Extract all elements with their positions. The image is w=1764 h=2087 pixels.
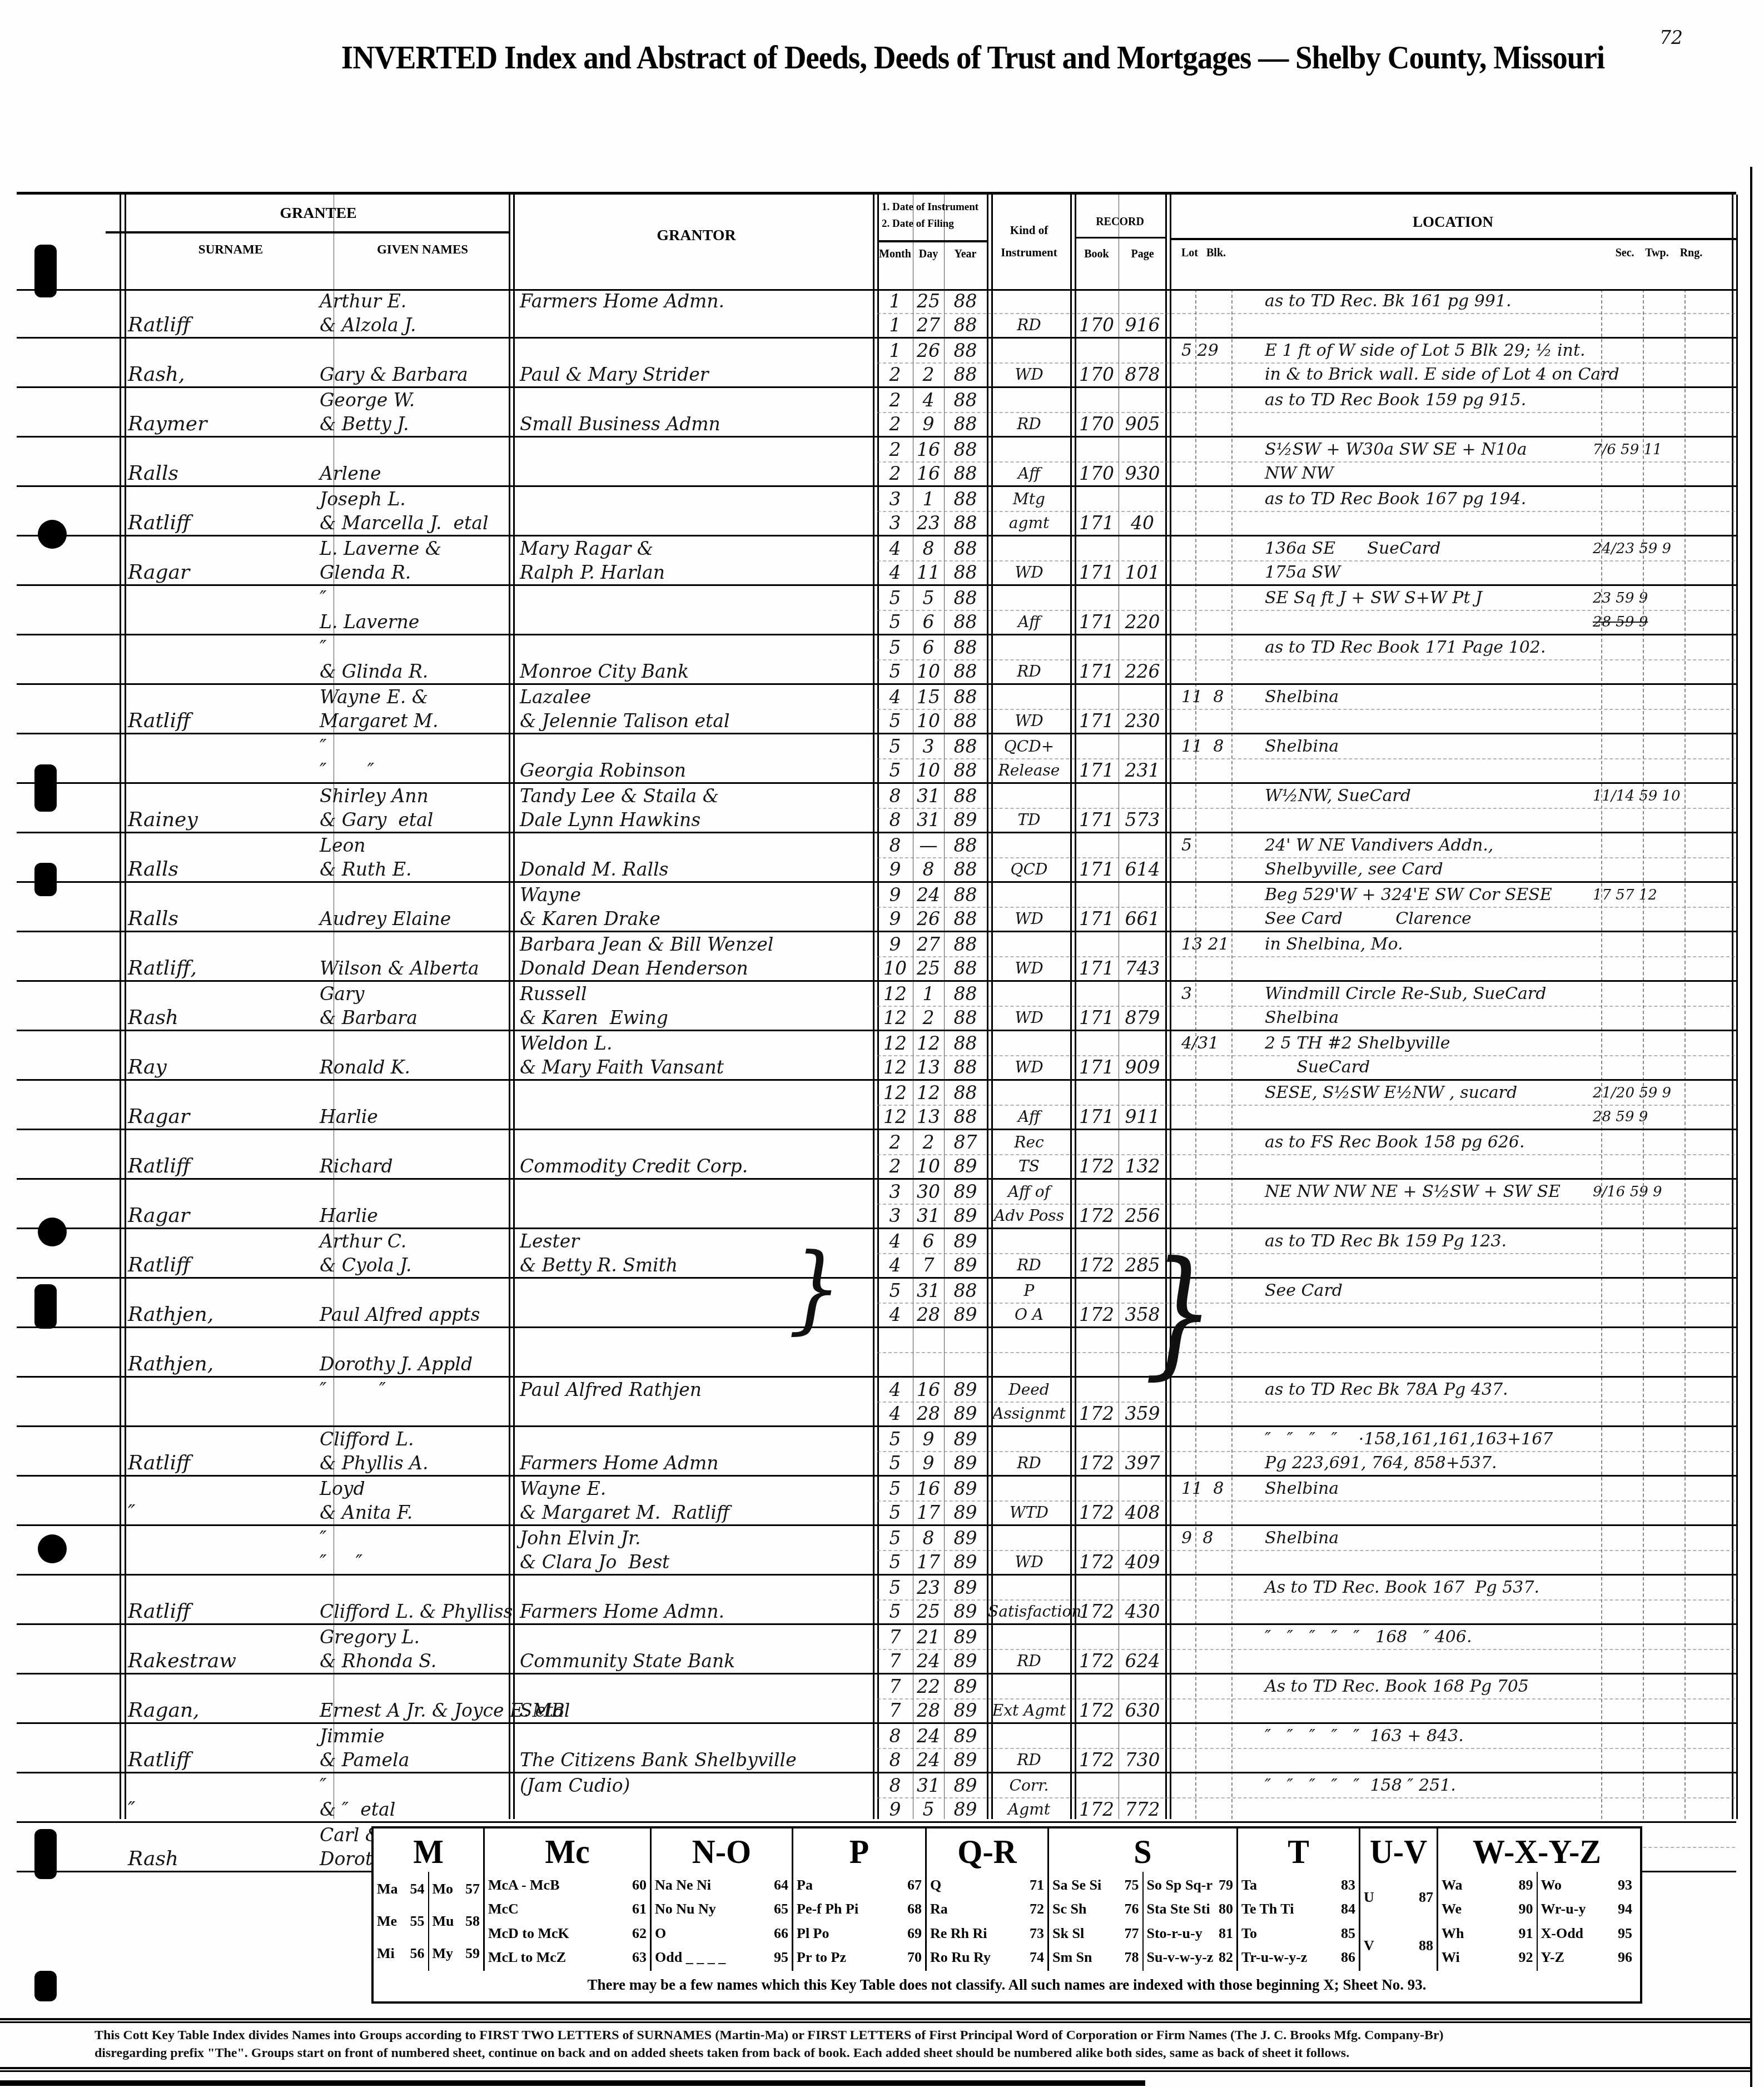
kind-of-instrument: P [988, 1279, 1070, 1303]
record-page: 226 [1120, 659, 1165, 684]
key-table-entry: McA - McB60 [488, 1877, 647, 1894]
record-page: 101 [1120, 560, 1165, 585]
location-description: SE Sq ft J + SW S+W Pt J [1181, 586, 1482, 610]
sec-twp-rng: 11/14 59 10 [1593, 784, 1732, 808]
key-table-group: U-VU87V88 [1360, 1828, 1438, 1971]
divider-rule [0, 2067, 1751, 2072]
key-table-entry: McL to McZ63 [488, 1949, 647, 1966]
filing-date-day: 28 [913, 1402, 944, 1426]
record-page: 40 [1120, 511, 1165, 535]
grantee-given-names: & Rhonda S. [320, 1649, 436, 1673]
record-page: 905 [1120, 412, 1165, 436]
kind-of-instrument: WD [988, 956, 1070, 981]
instrument-date-day: 25 [913, 289, 944, 314]
grantee-given-names: & Glinda R. [320, 659, 428, 684]
record-book: 170 [1075, 412, 1119, 436]
record-book: 172 [1075, 1599, 1119, 1624]
instrument-date-month: 5 [877, 734, 913, 759]
kind-of-instrument: TS [988, 1154, 1070, 1179]
ledger-row: RallsAudrey ElaineWayne& Karen Drake9248… [17, 883, 1736, 932]
location-description: in & to Brick wall. E side of Lot 4 on C… [1181, 362, 1619, 387]
hole-punch-mark [34, 1971, 57, 2001]
grantee-given-names: & Marcella J. etal [320, 511, 489, 535]
grantor-name: Paul Alfred Rathjen [520, 1378, 702, 1402]
grantor-name: Commodity Credit Corp. [520, 1154, 748, 1179]
kind-of-instrument: Release [988, 758, 1070, 783]
kind-of-instrument: WD [988, 1055, 1070, 1080]
ledger-row: RagarHarlie3308933189Aff ofAdv Poss17225… [17, 1180, 1736, 1229]
filing-date-year: 89 [944, 1550, 987, 1574]
grantee-given-names: Ronald K. [320, 1055, 410, 1080]
col-grantor: GRANTOR [520, 227, 873, 245]
filing-date-year: 89 [944, 1303, 987, 1327]
instrument-date-day: 31 [913, 1279, 944, 1303]
grantee-given-names: Jimmie [320, 1724, 384, 1748]
instrument-date-year: 89 [944, 1724, 987, 1748]
filing-date-month: 5 [877, 709, 913, 733]
instrument-date-year: 89 [944, 1427, 987, 1452]
kind-of-instrument: Rec [988, 1130, 1070, 1155]
grantee-given-names: Harlie [320, 1105, 378, 1129]
kind-of-instrument: Aff of [988, 1180, 1070, 1204]
key-table-entry: Mi56 [377, 1945, 425, 1962]
filing-date-year: 88 [944, 956, 987, 981]
instrument-date-day: 22 [913, 1674, 944, 1699]
instrument-date-year: 89 [944, 1378, 987, 1402]
key-table-entry: Sc Sh76 [1052, 1901, 1139, 1917]
grantee-surname: Rash [128, 1847, 178, 1871]
key-table-entry: Ro Ru Ry74 [930, 1949, 1044, 1966]
instrument-date-day: 21 [913, 1625, 944, 1649]
instrument-date-month: 4 [877, 685, 913, 709]
record-page: 916 [1120, 313, 1165, 337]
key-table-entry: Ra72 [930, 1901, 1044, 1917]
record-book: 171 [1075, 709, 1119, 733]
kind-of-instrument: Adv Poss [988, 1204, 1070, 1228]
grantee-given-names: Gary & Barbara [320, 362, 468, 387]
record-book: 170 [1075, 313, 1119, 337]
ledger-row: RashGary& BarbaraRussell& Karen Ewing121… [17, 982, 1736, 1031]
filing-date-day: 10 [913, 1154, 944, 1179]
instrument-date-month: 5 [877, 1477, 913, 1501]
key-table-group-letter: T [1238, 1827, 1359, 1873]
instrument-date-year: 88 [944, 635, 987, 660]
instrument-date-year: 88 [944, 388, 987, 413]
filing-date-month: 9 [877, 907, 913, 931]
grantor-name: Tandy Lee & Staila & [520, 784, 719, 808]
page-number: 72 [1659, 27, 1683, 48]
grantee-given-names: Joseph L. [320, 487, 406, 511]
location-description: ″ ″ ″ ″ ″ 168 ″ 406. [1181, 1625, 1472, 1649]
key-table-entry: Wr-u-y94 [1541, 1901, 1633, 1917]
record-page: 624 [1120, 1649, 1165, 1673]
sec-twp-rng: 7/6 59 11 [1593, 438, 1732, 462]
grantor-name: Farmers Home Admn. [520, 289, 724, 314]
grantee-given-names: Loyd [320, 1477, 365, 1501]
instrument-date-month: 9 [877, 932, 913, 957]
instrument-date-year: 88 [944, 982, 987, 1006]
record-book: 171 [1075, 659, 1119, 684]
instrument-date-year: 89 [944, 1576, 987, 1600]
instrument-date-month: 4 [877, 1229, 913, 1254]
filing-date-month: 7 [877, 1649, 913, 1673]
key-table-group-letter: N-O [652, 1827, 792, 1873]
grantee-surname: Ratliff [128, 1451, 190, 1475]
grantor-name: Small Business Admn [520, 412, 720, 436]
instrument-date-month: 8 [877, 1773, 913, 1798]
filing-date-year: 88 [944, 1105, 987, 1129]
filing-date-year: 88 [944, 1055, 987, 1080]
instrument-date-month: 8 [877, 784, 913, 808]
location-lot-blk: 5 29 [1181, 339, 1265, 363]
filing-date-day: 31 [913, 808, 944, 832]
sec-twp-rng: 24/23 59 9 [1593, 536, 1732, 561]
instrument-date-year: 88 [944, 1279, 987, 1303]
key-table-entry: X-Odd95 [1541, 1925, 1633, 1942]
record-book: 172 [1075, 1303, 1119, 1327]
filing-date-year: 89 [944, 1204, 987, 1228]
grantee-given-names: ″ [320, 635, 326, 660]
kind-of-instrument: RD [988, 1451, 1070, 1475]
grantee-surname: Ragar [128, 560, 190, 585]
ledger-row: RallsLeon& Ruth E.Donald M. Ralls8—88988… [17, 833, 1736, 883]
kind-of-instrument: WD [988, 362, 1070, 387]
key-table-entry: McC61 [488, 1901, 647, 1917]
key-table-group-letter: S [1049, 1827, 1236, 1873]
instrument-date-month: 5 [877, 1427, 913, 1452]
grantee-given-names: Richard [320, 1154, 393, 1179]
key-table-entry: McD to McK62 [488, 1925, 647, 1942]
ledger-row: ″& Glinda R.Monroe City Bank568851088RD1… [17, 635, 1736, 685]
record-book: 171 [1075, 857, 1119, 882]
key-table-subcolumn: Wa89We90Wh91Wi92 [1438, 1872, 1537, 1971]
location-lot-blk: 13 21 [1181, 932, 1265, 957]
key-table-entry: Tr-u-w-y-z86 [1241, 1949, 1355, 1966]
col-year: Year [944, 248, 987, 261]
record-book: 172 [1075, 1550, 1119, 1574]
filing-date-year: 88 [944, 511, 987, 535]
kind-of-instrument: Aff [988, 1105, 1070, 1129]
ledger-row: RatliffRichardCommodity Credit Corp.2287… [17, 1130, 1736, 1180]
filing-date-month: 4 [877, 1303, 913, 1327]
page-edge-line [1750, 167, 1752, 2087]
grantee-given-names: & Alzola J. [320, 313, 416, 337]
deed-index-table: GRANTEE SURNAME GIVEN NAMES GRANTOR 1. D… [17, 192, 1736, 1819]
grantor-name: John Elvin Jr. [520, 1526, 641, 1551]
kind-of-instrument: RD [988, 412, 1070, 436]
filing-date-year: 89 [944, 1451, 987, 1475]
instrument-date-year: 87 [944, 1130, 987, 1155]
grantee-given-names: & Cyola J. [320, 1253, 412, 1278]
key-table-entry: Wo93 [1541, 1877, 1633, 1894]
grantor-name: Donald Dean Henderson [520, 956, 748, 981]
filing-date-year: 89 [944, 1649, 987, 1673]
instrument-date-year: 88 [944, 339, 987, 363]
filing-date-month: 2 [877, 412, 913, 436]
record-book: 171 [1075, 1105, 1119, 1129]
kind-of-instrument: RD [988, 1253, 1070, 1278]
location-lot-blk: 5 [1181, 833, 1265, 858]
filing-date-year: 89 [944, 1698, 987, 1723]
filing-date-month: 9 [877, 1797, 913, 1822]
sec-twp-rng: 9/16 59 9 [1593, 1180, 1732, 1204]
key-table-entry: Su-v-w-y-z82 [1147, 1949, 1234, 1966]
kind-of-instrument: WD [988, 1550, 1070, 1574]
filing-date-day: 10 [913, 659, 944, 684]
key-table-subcolumn: Sa Se Si75Sc Sh76Sk Sl77Sm Sn78 [1049, 1872, 1142, 1971]
grantor-name: Wayne E. [520, 1477, 606, 1501]
grantee-given-names: Wayne E. & [320, 685, 428, 709]
instrument-date-year: 88 [944, 487, 987, 511]
key-table-group: SSa Se Si75Sc Sh76Sk Sl77Sm Sn78So Sp Sq… [1049, 1828, 1238, 1971]
ledger-row: RatliffArthur C.& Cyola J.Lester& Betty … [17, 1229, 1736, 1279]
filing-date-month: 12 [877, 1055, 913, 1080]
filing-date-day: 11 [913, 560, 944, 585]
key-table-subcolumn: Ma54Me55Mi56 [374, 1872, 428, 1971]
kind-of-instrument: RD [988, 1748, 1070, 1772]
ledger-page: INVERTED Index and Abstract of Deeds, De… [0, 0, 1764, 2087]
record-page: 359 [1120, 1402, 1165, 1426]
record-page: 772 [1120, 1797, 1165, 1822]
grantee-given-names: L. Laverne [320, 610, 419, 634]
filing-date-year: 89 [944, 1500, 987, 1525]
filing-date-year: 88 [944, 709, 987, 733]
instrument-date-month: 5 [877, 1279, 913, 1303]
grantor-name: Russell [520, 982, 587, 1006]
filing-date-month: 8 [877, 808, 913, 832]
grantee-given-names: George W. [320, 388, 415, 413]
ledger-row: Rathjen,Dorothy J. Appld [17, 1328, 1736, 1378]
key-table-entry: Pa67 [797, 1877, 922, 1894]
grantee-given-names: Gary [320, 982, 364, 1006]
instrument-date-month: 12 [877, 1031, 913, 1056]
filing-date-month: 4 [877, 560, 913, 585]
instrument-date-day: 2 [913, 1130, 944, 1155]
col-given-names: GIVEN NAMES [336, 242, 509, 257]
col-grantee: GRANTEE [128, 205, 509, 222]
grantor-name: Georgia Robinson [520, 758, 686, 783]
filing-date-year: 88 [944, 1006, 987, 1030]
filing-date-day: 25 [913, 956, 944, 981]
record-book: 172 [1075, 1698, 1119, 1723]
location-description: as to TD Rec Book 159 pg 915. [1181, 388, 1526, 413]
key-table-group: MMa54Me55Mi56Mo57Mu58My59 [374, 1828, 485, 1971]
instrument-date-day: 5 [913, 586, 944, 610]
key-table-entry: Mu58 [433, 1913, 480, 1930]
location-description: as to TD Rec Book 167 pg 194. [1181, 487, 1526, 511]
grantee-given-names: & Barbara [320, 1006, 418, 1030]
filing-date-year: 89 [944, 1797, 987, 1822]
instrument-date-year: 89 [944, 1477, 987, 1501]
key-table-subcolumn: Q71Ra72Re Rh Ri73Ro Ru Ry74 [927, 1872, 1047, 1971]
key-table-entry: We90 [1442, 1901, 1533, 1917]
location-description: ″ ″ ″ ″ ″ 158 ″ 251. [1181, 1773, 1456, 1798]
location-description: As to TD Rec. Book 167 Pg 537. [1181, 1576, 1539, 1600]
grantor-name: & Clara Jo Best [520, 1550, 669, 1574]
grantee-given-names: Clifford L. [320, 1427, 414, 1452]
filing-date-day: 17 [913, 1550, 944, 1574]
location-description: Pg 223,691, 764, 858+537. [1181, 1451, 1497, 1475]
grantor-name: Donald M. Ralls [520, 857, 669, 882]
location-lot-blk: 11 8 [1181, 734, 1265, 759]
kind-of-instrument: RD [988, 1649, 1070, 1673]
key-table-entry: Wi92 [1442, 1949, 1533, 1966]
grantor-name: & Karen Drake [520, 907, 660, 931]
key-table-entry: Te Th Ti84 [1241, 1901, 1355, 1917]
instrument-date-year: 88 [944, 784, 987, 808]
key-table-entry: U87 [1364, 1889, 1433, 1906]
key-table-subcolumn: Pa67Pe-f Ph Pi68Pl Po69Pr to Pz70 [793, 1872, 925, 1971]
filing-date-year: 88 [944, 313, 987, 337]
location-description: Shelbina [1181, 1006, 1339, 1030]
key-table-entry: Ma54 [377, 1881, 425, 1897]
key-table-subcolumn: Ta83Te Th Ti84To85Tr-u-w-y-z86 [1238, 1872, 1359, 1971]
instrument-date-month: 9 [877, 883, 913, 907]
grantee-given-names: & Anita F. [320, 1500, 413, 1525]
filing-date-year: 88 [944, 610, 987, 634]
key-table-entry: Pl Po69 [797, 1925, 922, 1942]
location-description: 11 8Shelbina [1181, 685, 1339, 709]
key-table-group-letter: U-V [1360, 1827, 1437, 1873]
handwritten-brace: } [1144, 1223, 1215, 1403]
key-table-group-letter: Mc [485, 1827, 650, 1873]
ledger-row: RatliffJimmie& PamelaThe Citizens Bank S… [17, 1724, 1736, 1773]
ledger-row: Ragan,Ernest A Jr. & Joyce E. etalSMB722… [17, 1674, 1736, 1724]
ledger-row: ″ ″Paul Alfred Rathjen4168942889DeedAssi… [17, 1378, 1736, 1427]
location-lot-blk: 9 8 [1181, 1526, 1265, 1551]
record-page: 397 [1120, 1451, 1165, 1475]
filing-date-day: 8 [913, 857, 944, 882]
instrument-date-day: — [913, 833, 944, 858]
filing-date-month: 5 [877, 1550, 913, 1574]
ledger-row: RatliffClifford L. & PhyllissFarmers Hom… [17, 1576, 1736, 1625]
grantor-name: Weldon L. [520, 1031, 612, 1056]
footer-text: disregarding prefix "The". Groups start … [95, 2046, 1696, 2061]
key-table-entry: Q71 [930, 1877, 1044, 1894]
filing-date-year: 89 [944, 808, 987, 832]
record-page: 230 [1120, 709, 1165, 733]
record-book: 171 [1075, 610, 1119, 634]
kind-of-instrument: QCD [988, 857, 1070, 882]
ledger-row: RaymerGeorge W.& Betty J.Small Business … [17, 388, 1736, 438]
filing-date-day: 16 [913, 461, 944, 486]
key-table-group-letter: Q-R [927, 1827, 1047, 1873]
record-book: 172 [1075, 1649, 1119, 1673]
key-table-group: McMcA - McB60McC61McD to McK62McL to McZ… [485, 1828, 652, 1971]
grantee-surname: ″ [128, 1797, 135, 1822]
filing-date-day: 23 [913, 511, 944, 535]
sec-twp-rng: 28 59 9 [1593, 610, 1732, 634]
grantor-name: & Mary Faith Vansant [520, 1055, 724, 1080]
location-description: 524' W NE Vandivers Addn., [1181, 833, 1493, 858]
grantor-name: Barbara Jean & Bill Wenzel [520, 932, 773, 957]
instrument-date-year: 89 [944, 1229, 987, 1254]
record-book: 170 [1075, 362, 1119, 387]
filing-date-year: 88 [944, 362, 987, 387]
grantor-name: Farmers Home Admn. [520, 1599, 724, 1624]
record-book: 171 [1075, 907, 1119, 931]
kind-of-instrument: Mtg [988, 487, 1070, 511]
filing-date-day: 9 [913, 412, 944, 436]
record-page: 231 [1120, 758, 1165, 783]
key-table-entry: Sm Sn78 [1052, 1949, 1139, 1966]
grantor-name: Paul & Mary Strider [520, 362, 709, 387]
record-book: 172 [1075, 1402, 1119, 1426]
record-book: 171 [1075, 808, 1119, 832]
kind-of-instrument: Assignmt [988, 1402, 1070, 1426]
grantee-surname: Ragan, [128, 1698, 200, 1723]
key-table-entry: My59 [433, 1945, 480, 1962]
ledger-row: ″″ ″Georgia Robinson538851088QCD+Release… [17, 734, 1736, 784]
record-book: 171 [1075, 560, 1119, 585]
location-description: 4/312 5 TH #2 Shelbyville [1181, 1031, 1450, 1056]
grantee-surname: Rainey [128, 808, 198, 832]
key-table-group: W-X-Y-ZWa89We90Wh91Wi92Wo93Wr-u-y94X-Odd… [1438, 1828, 1636, 1971]
instrument-date-month: 12 [877, 982, 913, 1006]
record-page: 730 [1120, 1748, 1165, 1772]
instrument-date-year: 88 [944, 1031, 987, 1056]
kind-of-instrument: Agmt [988, 1797, 1070, 1822]
grantee-surname: Ralls [128, 461, 178, 486]
instrument-date-month: 8 [877, 833, 913, 858]
filing-date-month: 8 [877, 1748, 913, 1772]
instrument-date-day: 1 [913, 982, 944, 1006]
location-description: 5 29E 1 ft of W side of Lot 5 Blk 29; ½ … [1181, 339, 1586, 363]
ledger-row: RatliffWayne E. &Margaret M.Lazalee& Jel… [17, 685, 1736, 734]
grantee-given-names: Harlie [320, 1204, 378, 1228]
grantee-surname: Ragar [128, 1204, 190, 1228]
footer-text: This Cott Key Table Index divides Names … [95, 2028, 1696, 2043]
instrument-date-day: 6 [913, 635, 944, 660]
record-page: 630 [1120, 1698, 1165, 1723]
grantee-given-names: & Phyllis A. [320, 1451, 428, 1475]
instrument-date-year: 89 [944, 1526, 987, 1551]
instrument-date-month: 4 [877, 536, 913, 561]
grantee-given-names: Paul Alfred appts [320, 1303, 480, 1327]
key-table-entry: Odd _ _ _ _95 [655, 1949, 788, 1966]
location-description: Shelbyville, see Card [1181, 857, 1443, 882]
location-description: W½NW, SueCard [1181, 784, 1411, 808]
grantee-surname: Rathjen, [128, 1352, 213, 1377]
grantee-given-names: & Ruth E. [320, 857, 412, 882]
key-table-entry: Mo57 [433, 1881, 480, 1897]
filing-date-month: 9 [877, 857, 913, 882]
record-book: 172 [1075, 1253, 1119, 1278]
grantee-surname: Ratliff [128, 1748, 190, 1772]
grantee-surname: Ratliff [128, 1253, 190, 1278]
grantee-surname: Raymer [128, 412, 207, 436]
grantee-surname: Ratliff [128, 1154, 190, 1179]
location-description: 11 8Shelbina [1181, 1477, 1339, 1501]
kind-of-instrument: Corr. [988, 1773, 1070, 1798]
filing-date-day: 28 [913, 1303, 944, 1327]
instrument-date-month: 8 [877, 1724, 913, 1748]
record-book: 171 [1075, 1006, 1119, 1030]
instrument-date-year: 88 [944, 883, 987, 907]
grantee-given-names: Wilson & Alberta [320, 956, 479, 981]
instrument-date-month: 1 [877, 289, 913, 314]
filing-date-year: 88 [944, 412, 987, 436]
grantee-given-names: Arthur E. [320, 289, 406, 314]
grantee-given-names: Audrey Elaine [320, 907, 451, 931]
filing-date-year: 89 [944, 1748, 987, 1772]
key-table-entry: Sta Ste Sti80 [1147, 1901, 1234, 1917]
filing-date-month: 2 [877, 461, 913, 486]
grantee-given-names: Arthur C. [320, 1229, 406, 1254]
instrument-date-year: 88 [944, 833, 987, 858]
record-book: 171 [1075, 956, 1119, 981]
instrument-date-month: 5 [877, 1526, 913, 1551]
